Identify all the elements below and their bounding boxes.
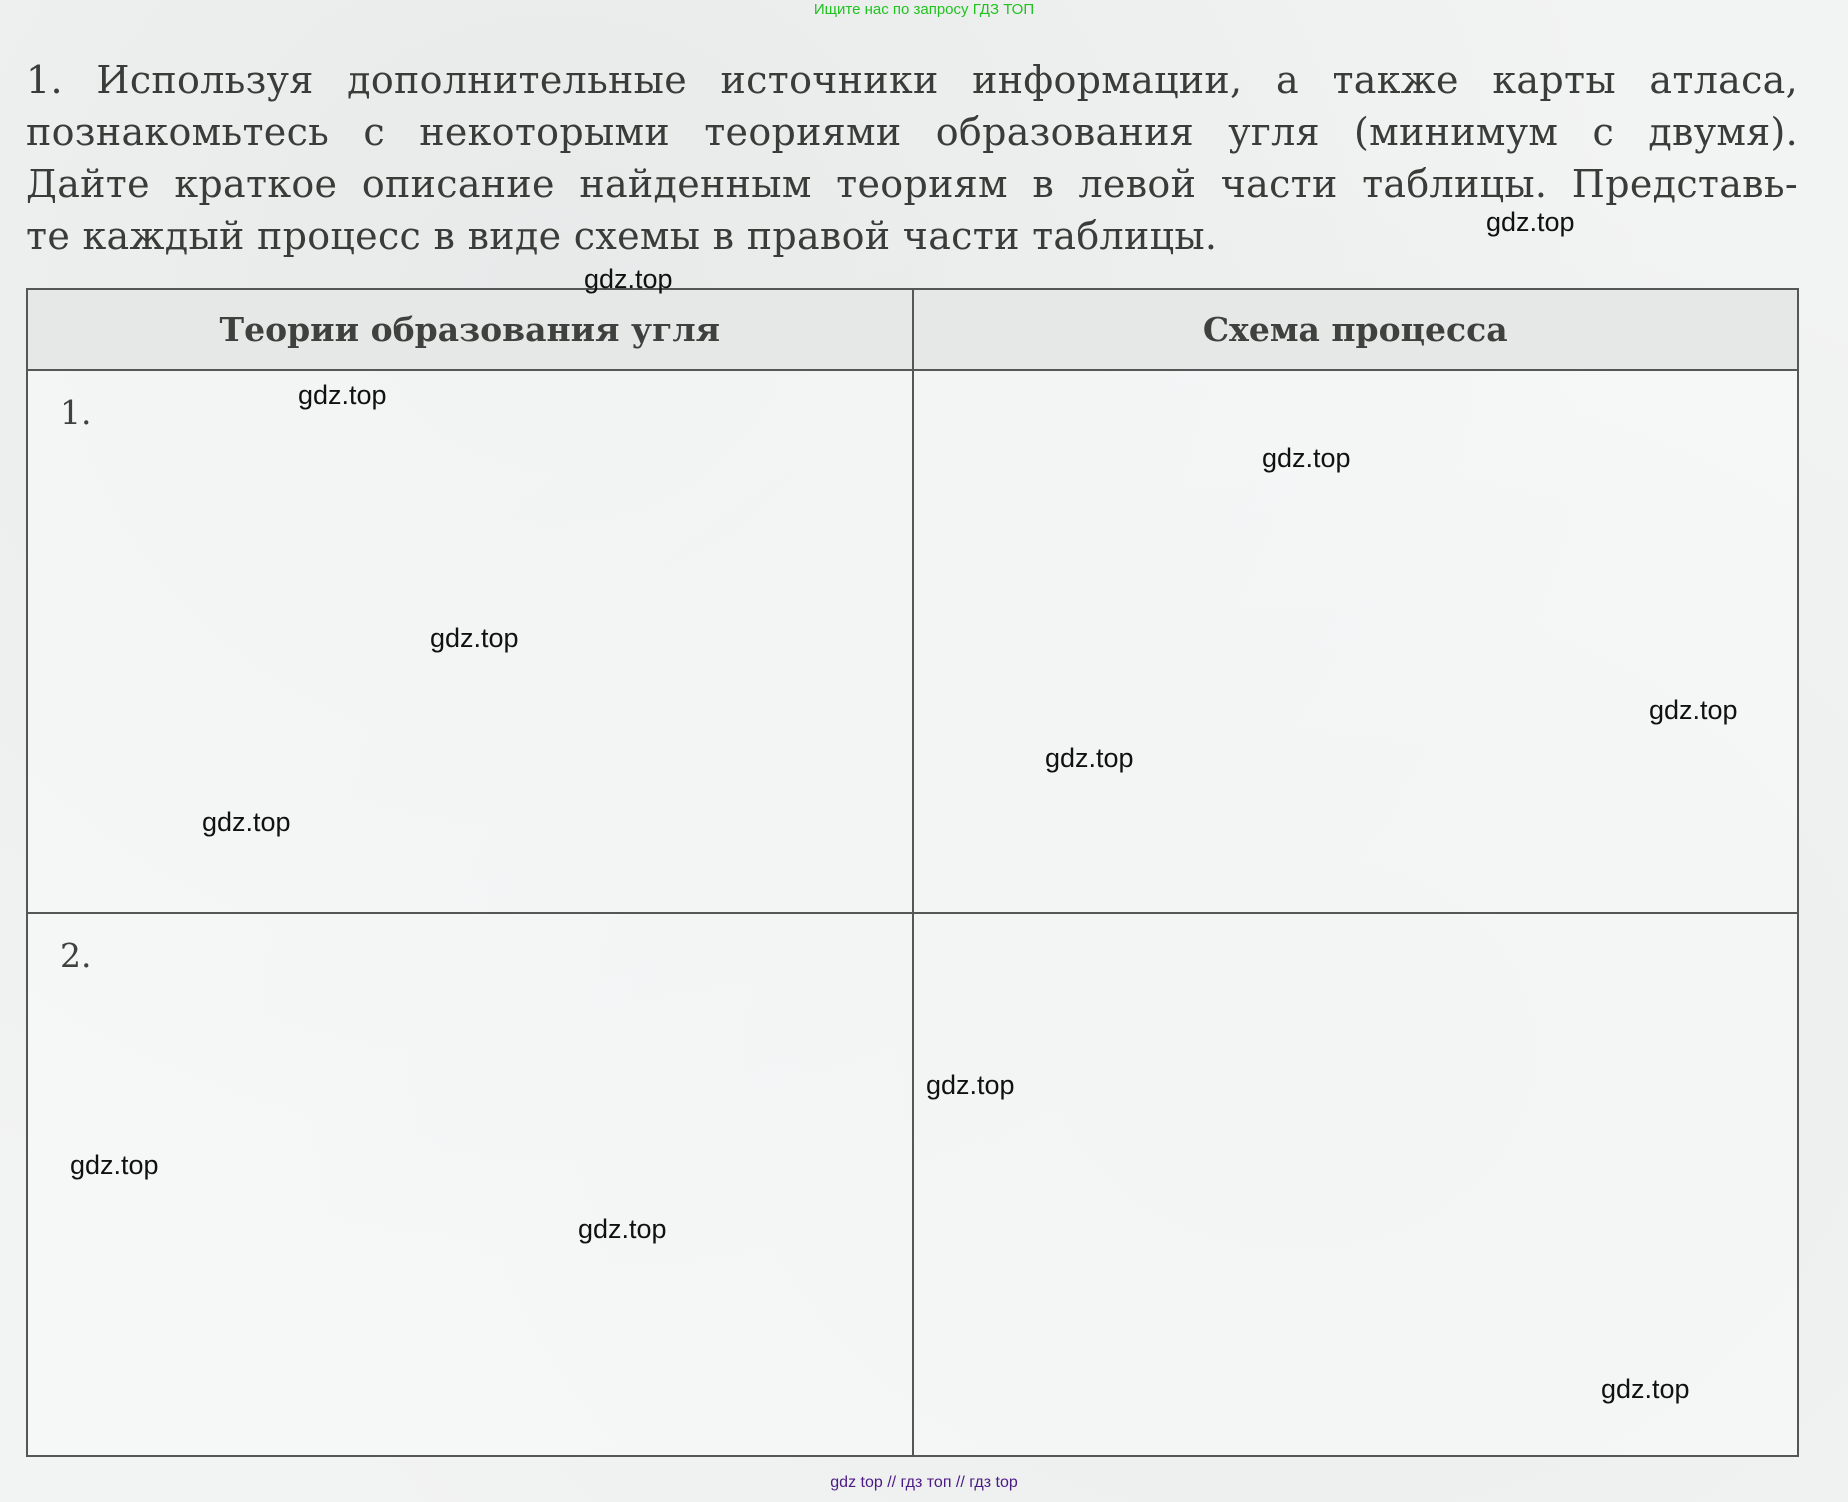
header-theories: Теории образования угля: [27, 289, 913, 370]
watermark: gdz.top: [70, 1150, 159, 1180]
theory-cell-2[interactable]: 2.: [27, 913, 913, 1456]
row-number: 1.: [28, 371, 912, 432]
watermark: gdz.top: [578, 1214, 667, 1244]
top-banner[interactable]: Ищите нас по запросу ГДЗ ТОП: [0, 0, 1848, 20]
watermark: gdz.top: [584, 264, 673, 294]
answer-table: Теории образования угля Схема процесса 1…: [26, 288, 1799, 1457]
row-number: 2.: [28, 914, 912, 975]
watermark: gdz.top: [926, 1070, 1015, 1100]
table-row: 1.: [27, 370, 1798, 913]
watermark: gdz.top: [1262, 443, 1351, 473]
watermark: gdz.top: [1601, 1374, 1690, 1404]
watermark: gdz.top: [430, 623, 519, 653]
watermark: gdz.top: [1045, 743, 1134, 773]
task-line: Дайте краткое описание найденным теориям…: [26, 158, 1798, 210]
watermark: gdz.top: [298, 380, 387, 410]
watermark: gdz.top: [1486, 207, 1575, 237]
task-line: познакомьтесь с некоторыми теориями обра…: [26, 106, 1798, 158]
task-line: 1. Используя дополнительные источники ин…: [26, 54, 1798, 106]
scheme-cell-1[interactable]: [913, 370, 1799, 913]
header-scheme: Схема процесса: [913, 289, 1799, 370]
watermark: gdz.top: [1649, 695, 1738, 725]
bottom-banner[interactable]: gdz top // гдз топ // гдз top: [0, 1474, 1848, 1492]
watermark: gdz.top: [202, 807, 291, 837]
table-row: 2.: [27, 913, 1798, 1456]
